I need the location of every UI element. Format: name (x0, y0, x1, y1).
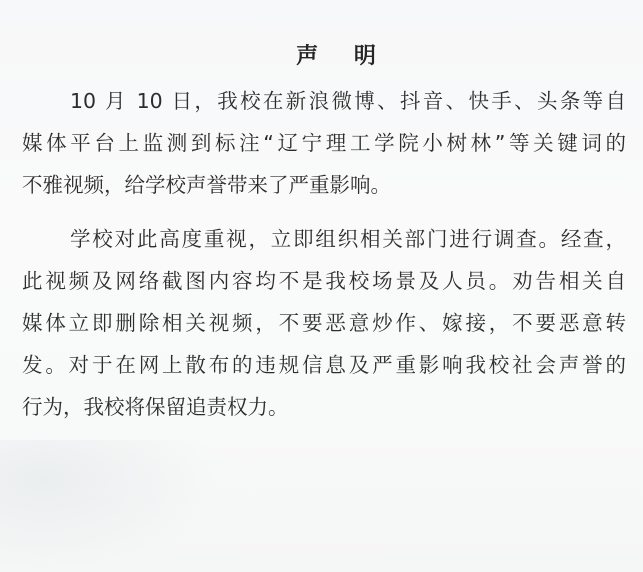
paragraph-line: 媒体平台上监测到标注“辽宁理工学院小树林”等关键词的 (22, 128, 626, 158)
statement-document: 声 明 10 月 10 日，我校在新浪微博、抖音、快手、头条等自 媒体平台上监测… (0, 0, 643, 572)
paragraph-line: 媒体立即删除相关视频，不要恶意炒作、嫁接，不要恶意转 (22, 308, 626, 338)
document-title: 声 明 (0, 41, 643, 73)
paragraph-line: 此视频及网络截图内容均不是我校场景及人员。劝告相关自 (22, 266, 626, 296)
paragraph-line: 不雅视频，给学校声誉带来了严重影响。 (22, 170, 626, 200)
paragraph-line: 行为，我校将保留追责权力。 (22, 392, 626, 422)
paragraph-line: 10 月 10 日，我校在新浪微博、抖音、快手、头条等自 (70, 86, 626, 116)
paragraph-line: 发。对于在网上散布的违规信息及严重影响我校社会声誉的 (22, 350, 626, 380)
paper-shadow (0, 440, 220, 572)
paragraph-line: 学校对此高度重视，立即组织相关部门进行调查。经查， (70, 224, 626, 254)
